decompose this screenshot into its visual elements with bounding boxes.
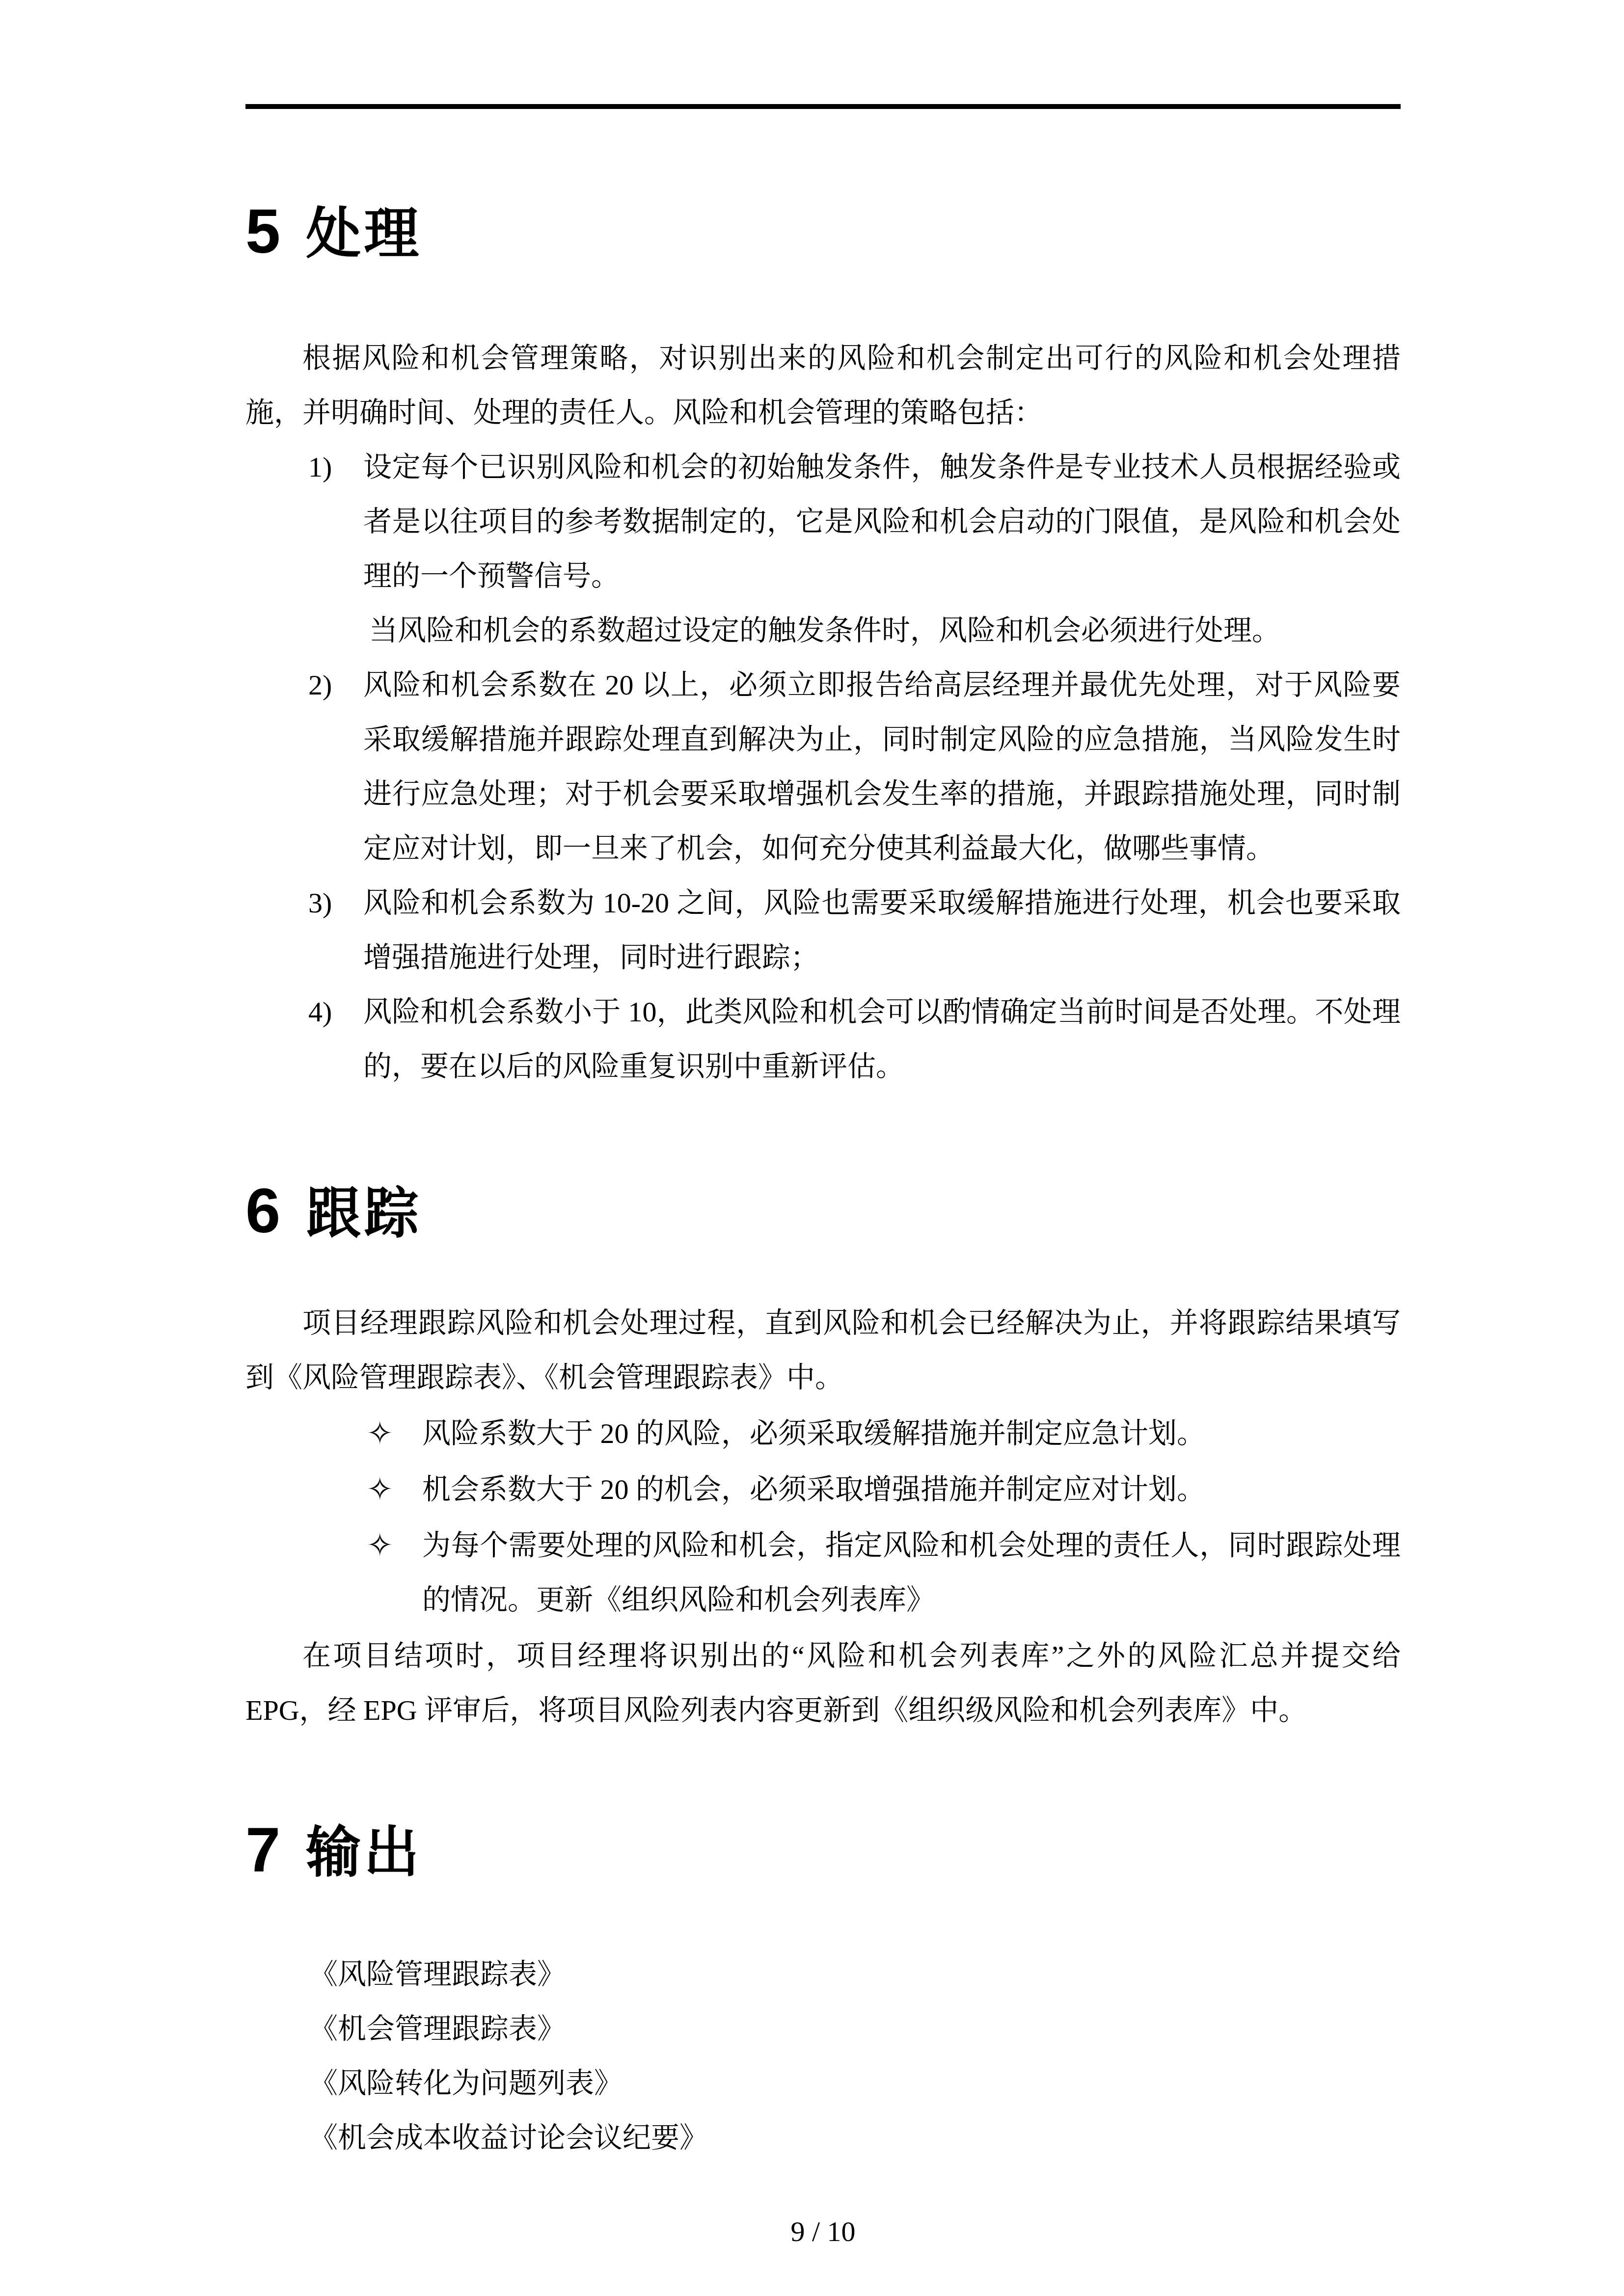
section-number: 6 [245,1176,280,1246]
section-number: 5 [245,196,280,267]
four-pointed-star-icon: ✧ [367,1406,393,1461]
bullet-text: 为每个需要处理的风险和机会，指定风险和机会处理的责任人，同时跟踪处理的情况。更新… [422,1518,1401,1627]
diamond-bullet-item-1: ✧ 风险系数大于 20 的风险，必须采取缓解措施并制定应急计划。 [245,1406,1401,1461]
output-document-title: 《机会管理跟踪表》 [245,2002,1401,2056]
section-title: 跟踪 [306,1184,422,1245]
diamond-bullet-item-2: ✧ 机会系数大于 20 的机会，必须采取增强措施并制定应对计划。 [245,1462,1401,1517]
numbered-list: 1) 设定每个已识别风险和机会的初始触发条件，触发条件是专业技术人员根据经验或者… [245,440,1401,1094]
numbered-item-4: 4) 风险和机会系数小于 10，此类风险和机会可以酌情确定当前时间是否处理。不处… [245,985,1401,1094]
item-marker: 4) [308,985,332,1039]
document-page: 5处理 根据风险和机会管理策略，对识别出来的风险和机会制定出可行的风险和机会处理… [0,0,1624,2296]
section-heading-7: 7输出 [245,1818,1401,1898]
item-text: 设定每个已识别风险和机会的初始触发条件，触发条件是专业技术人员根据经验或者是以往… [363,440,1401,603]
item-marker: 3) [308,876,332,930]
item-text: 风险和机会系数在 20 以上，必须立即报告给高层经理并最优先处理，对于风险要采取… [363,658,1401,876]
item-note: 当风险和机会的系数超过设定的触发条件时，风险和机会必须进行处理。 [363,603,1401,658]
output-document-title: 《风险转化为问题列表》 [245,2056,1401,2110]
page-number: 9 / 10 [245,2204,1401,2259]
output-document-list: 《风险管理跟踪表》 《机会管理跟踪表》 《风险转化为问题列表》 《机会成本收益讨… [245,1947,1401,2165]
header-rule [245,104,1401,109]
diamond-bullet-item-3: ✧ 为每个需要处理的风险和机会，指定风险和机会处理的责任人，同时跟踪处理的情况。… [245,1518,1401,1627]
bullet-text: 风险系数大于 20 的风险，必须采取缓解措施并制定应急计划。 [422,1406,1401,1461]
numbered-item-1: 1) 设定每个已识别风险和机会的初始触发条件，触发条件是专业技术人员根据经验或者… [245,440,1401,658]
item-text: 风险和机会系数小于 10，此类风险和机会可以酌情确定当前时间是否处理。不处理的，… [363,985,1401,1094]
numbered-item-2: 2) 风险和机会系数在 20 以上，必须立即报告给高层经理并最优先处理，对于风险… [245,658,1401,876]
numbered-item-3: 3) 风险和机会系数为 10-20 之间，风险也需要采取缓解措施进行处理，机会也… [245,876,1401,985]
section6-intro-paragraph: 项目经理跟踪风险和机会处理过程，直到风险和机会已经解决为止，并将跟踪结果填写到《… [245,1296,1401,1405]
section6-outro-paragraph: 在项目结项时，项目经理将识别出的“风险和机会列表库”之外的风险汇总并提交给 EP… [245,1629,1401,1737]
section-number: 7 [245,1815,280,1885]
four-pointed-star-icon: ✧ [367,1462,393,1517]
section-title: 处理 [306,204,422,265]
section-heading-5: 5处理 [245,200,1401,279]
bullet-text: 机会系数大于 20 的机会，必须采取增强措施并制定应对计划。 [422,1462,1401,1517]
output-document-title: 《风险管理跟踪表》 [245,1947,1401,2002]
item-marker: 1) [308,440,332,494]
four-pointed-star-icon: ✧ [367,1518,393,1573]
document-content: 5处理 根据风险和机会管理策略，对识别出来的风险和机会制定出可行的风险和机会处理… [245,104,1401,2259]
section-title: 输出 [306,1823,422,1884]
section-heading-6: 6跟踪 [245,1179,1401,1259]
item-text: 风险和机会系数为 10-20 之间，风险也需要采取缓解措施进行处理，机会也要采取… [363,876,1401,985]
section5-intro-paragraph: 根据风险和机会管理策略，对识别出来的风险和机会制定出可行的风险和机会处理措施，并… [245,331,1401,440]
item-marker: 2) [308,658,332,712]
diamond-bullet-list: ✧ 风险系数大于 20 的风险，必须采取缓解措施并制定应急计划。 ✧ 机会系数大… [245,1406,1401,1627]
output-document-title: 《机会成本收益讨论会议纪要》 [245,2110,1401,2165]
